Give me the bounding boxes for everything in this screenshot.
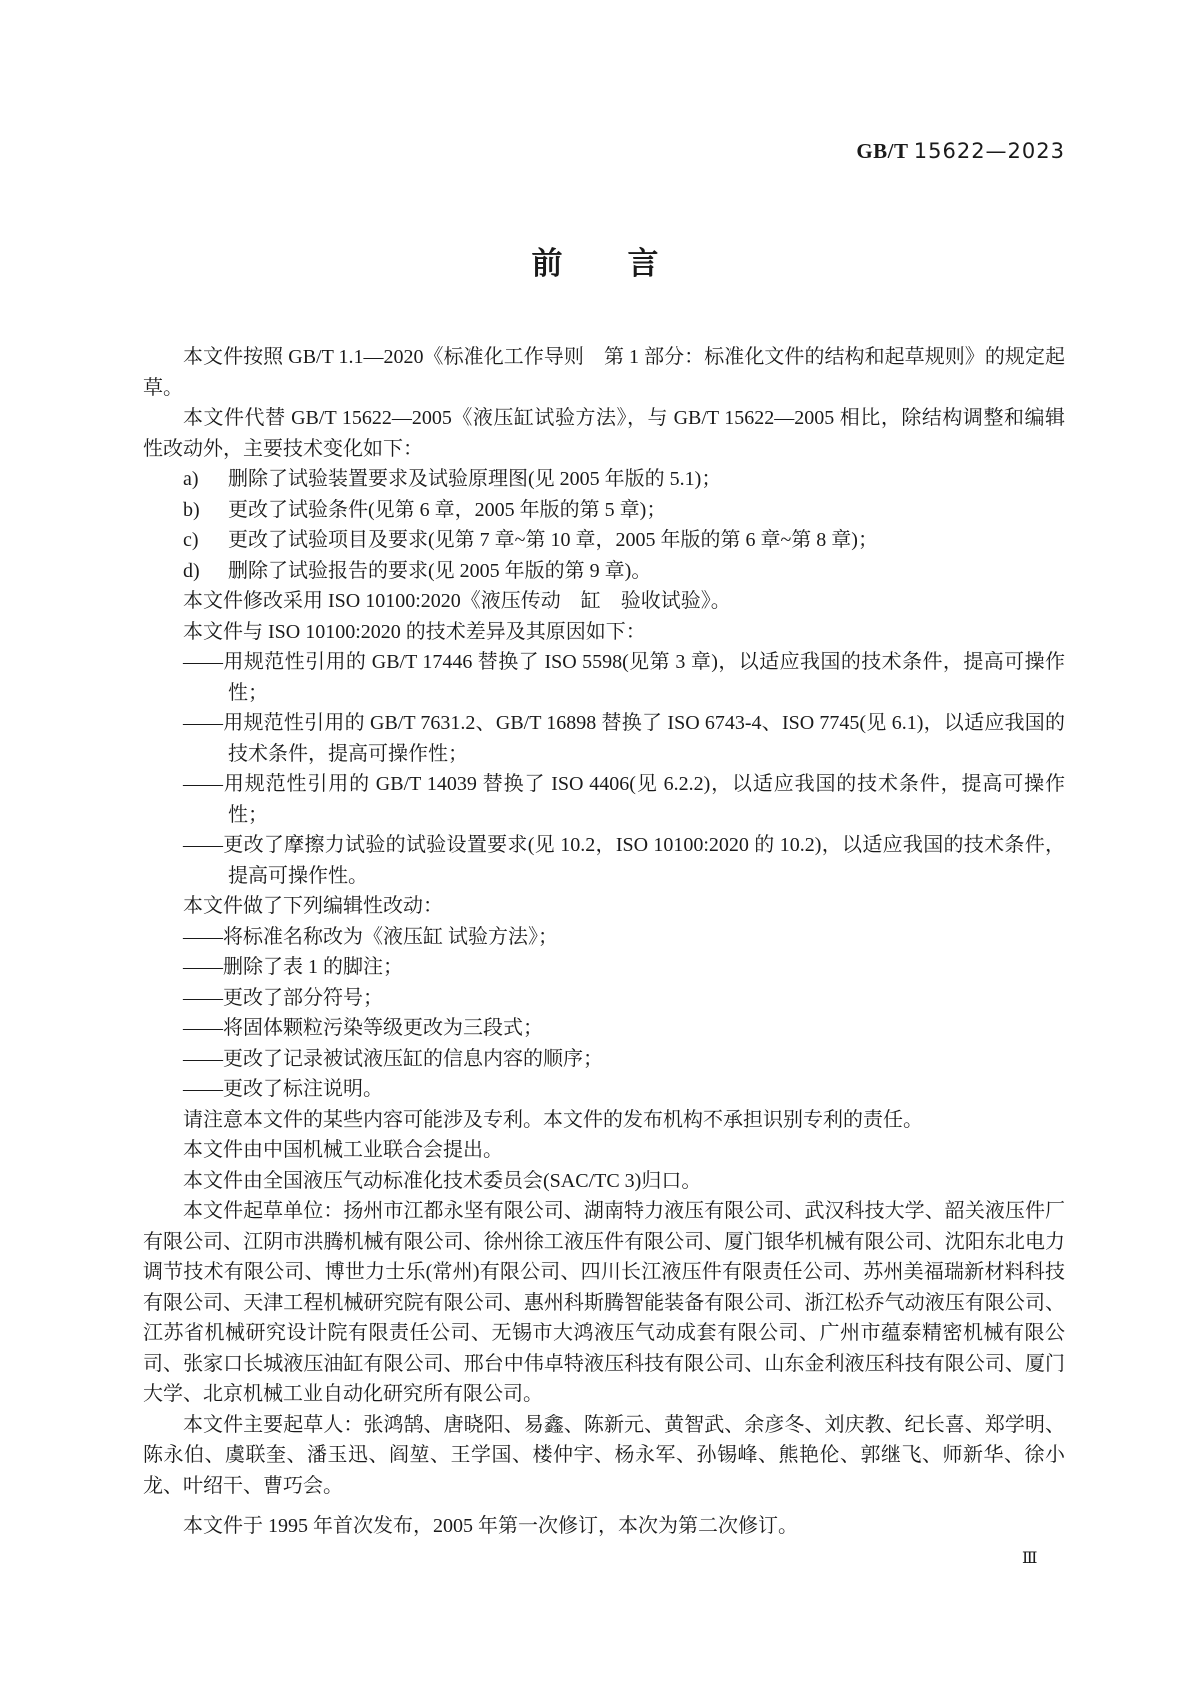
document-body: 本文件按照 GB/T 1.1—2020《标准化工作导则 第 1 部分：标准化文件…: [143, 342, 1065, 1542]
list-item-label: b): [183, 495, 228, 526]
list-item-dash: ——更改了部分符号；: [143, 983, 1065, 1014]
paragraph: 请注意本文件的某些内容可能涉及专利。本文件的发布机构不承担识别专利的责任。: [143, 1105, 1065, 1136]
page-number: Ⅲ: [1022, 1548, 1037, 1568]
list-item-alpha: d)删除了试验报告的要求(见 2005 年版的第 9 章)。: [143, 556, 1065, 587]
paragraph: 本文件起草单位：扬州市江都永坚有限公司、湖南特力液压有限公司、武汉科技大学、韶关…: [143, 1196, 1065, 1410]
list-item-dash: ——将固体颗粒污染等级更改为三段式；: [143, 1013, 1065, 1044]
list-item-dash: ——用规范性引用的 GB/T 17446 替换了 ISO 5598(见第 3 章…: [143, 647, 1065, 708]
paragraph: 本文件于 1995 年首次发布，2005 年第一次修订，本次为第二次修订。: [143, 1511, 1065, 1542]
standard-code: GB/T 15622—2023: [856, 139, 1065, 164]
list-item-label: c): [183, 525, 228, 556]
list-item-dash: ——更改了摩擦力试验的试验设置要求(见 10.2，ISO 10100:2020 …: [143, 830, 1065, 891]
list-item-alpha: a)删除了试验装置要求及试验原理图(见 2005 年版的 5.1)；: [143, 464, 1065, 495]
paragraph: 本文件修改采用 ISO 10100:2020《液压传动 缸 验收试验》。: [143, 586, 1065, 617]
paragraph: 本文件做了下列编辑性改动：: [143, 891, 1065, 922]
paragraph: 本文件与 ISO 10100:2020 的技术差异及其原因如下：: [143, 617, 1065, 648]
list-item-alpha: b)更改了试验条件(见第 6 章，2005 年版的第 5 章)；: [143, 495, 1065, 526]
standard-code-prefix: GB/T: [856, 139, 908, 163]
paragraph: 本文件主要起草人：张鸿鹄、唐晓阳、易鑫、陈新元、黄智武、余彦冬、刘庆教、纪长喜、…: [143, 1410, 1065, 1502]
paragraph: 本文件代替 GB/T 15622—2005《液压缸试验方法》，与 GB/T 15…: [143, 403, 1065, 464]
document-page: GB/T 15622—2023 前 言 本文件按照 GB/T 1.1—2020《…: [0, 0, 1191, 1685]
standard-code-number: 15622—2023: [914, 139, 1065, 163]
list-item-label: a): [183, 464, 228, 495]
page-title: 前 言: [0, 238, 1191, 283]
list-item-dash: ——删除了表 1 的脚注；: [143, 952, 1065, 983]
paragraph: 本文件由全国液压气动标准化技术委员会(SAC/TC 3)归口。: [143, 1166, 1065, 1197]
list-item-dash: ——将标准名称改为《液压缸 试验方法》；: [143, 922, 1065, 953]
paragraph: 本文件由中国机械工业联合会提出。: [143, 1135, 1065, 1166]
paragraph: 本文件按照 GB/T 1.1—2020《标准化工作导则 第 1 部分：标准化文件…: [143, 342, 1065, 403]
list-item-dash: ——用规范性引用的 GB/T 14039 替换了 ISO 4406(见 6.2.…: [143, 769, 1065, 830]
list-item-dash: ——更改了标注说明。: [143, 1074, 1065, 1105]
list-item-dash: ——更改了记录被试液压缸的信息内容的顺序；: [143, 1044, 1065, 1075]
list-item-label: d): [183, 556, 228, 587]
list-item-alpha: c)更改了试验项目及要求(见第 7 章~第 10 章，2005 年版的第 6 章…: [143, 525, 1065, 556]
list-item-dash: ——用规范性引用的 GB/T 7631.2、GB/T 16898 替换了 ISO…: [143, 708, 1065, 769]
